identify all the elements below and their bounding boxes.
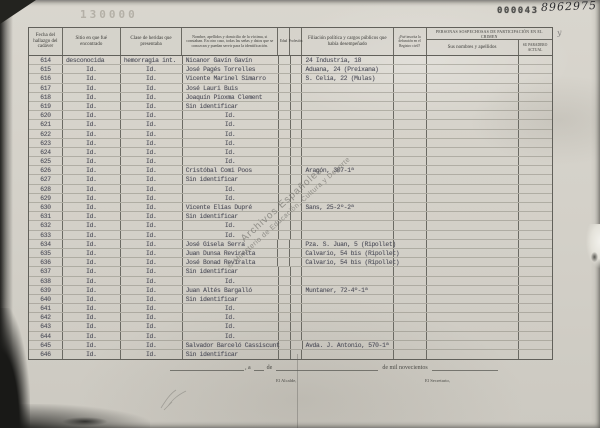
cell-num: 643 [29,322,63,330]
cell-clase: Id. [121,258,183,266]
cell-sp [519,130,552,138]
cell-fil: Muntaner, 72-4º-1ª [302,286,394,294]
cell-sn [427,286,519,294]
cell-sp [519,341,552,349]
cell-sitio: Id. [63,194,121,202]
cell-reg [394,185,427,193]
cell-sn [427,56,519,64]
cell-edad [279,185,291,193]
cell-sp [519,84,552,92]
cell-sn [427,350,519,359]
cell-sp [519,93,552,101]
cell-sitio: Id. [63,350,121,359]
cell-nombre: Id. [183,332,279,340]
header-sospechosas-nombres: Sus nombres y apellidos [427,40,519,55]
cell-fil [302,148,394,156]
cell-sp [519,111,552,119]
table-row: 616Id.Id.Vicente Marinel SimarroS. Celia… [29,74,552,83]
cell-sitio: Id. [63,139,121,147]
cell-edad [278,258,290,266]
cell-nombre: Id. [183,148,279,156]
cell-reg [394,249,427,257]
table-row: 644Id.Id.Id. [29,332,552,341]
cell-reg [394,175,427,183]
cell-clase: Id. [121,249,183,257]
cell-clase: Id. [121,350,183,359]
cell-prof [291,286,303,294]
cell-sitio: Id. [63,175,121,183]
table-row: 615Id.Id.José Pagés TorrellesAduana, 24 … [29,65,552,74]
cell-reg [394,240,427,248]
table-body: 614desconocidahemorragia int.Nicanor Gav… [29,56,552,359]
cell-edad [279,322,291,330]
cell-clase: Id. [121,313,183,321]
cell-prof [291,65,303,73]
cell-prof [291,203,303,211]
scanned-document: 130000 000043 8962975 y Fecha del hallaz… [0,0,600,428]
cell-clase: Id. [121,175,183,183]
cell-nombre: Id. [183,185,279,193]
cell-edad [279,120,291,128]
cell-clase: hemorragia int. [121,56,183,64]
cell-prof [291,166,303,174]
cell-sp [519,139,552,147]
tear-right-speck [591,252,598,262]
cell-num: 622 [29,130,63,138]
cell-num: 639 [29,286,63,294]
cell-sitio: Id. [63,295,121,303]
cell-sn [427,120,519,128]
cell-reg [394,120,427,128]
cell-fil: Calvario, 54 bis (Ripollet) [302,258,394,266]
cell-num: 617 [29,84,63,92]
cell-sn [427,65,519,73]
table-row: 624Id.Id.Id. [29,148,552,157]
cell-clase: Id. [121,286,183,294]
cell-sp [519,185,552,193]
cell-edad [279,157,291,165]
cell-sn [427,74,519,82]
cell-reg [394,148,427,156]
cell-edad [279,139,291,147]
cell-sitio: Id. [63,277,121,285]
cell-sp [519,231,552,239]
cell-clase: Id. [121,203,183,211]
cell-prof [291,74,303,82]
cell-num: 628 [29,185,63,193]
cell-reg [394,102,427,110]
cell-fil [302,102,394,110]
header-clase-heridas: Clase de heridas que presentaba [121,28,183,55]
cell-edad [279,166,291,174]
cell-sitio: Id. [63,267,121,275]
cell-sn [427,102,519,110]
handwritten-mark: y [556,28,562,38]
cell-reg [394,74,427,82]
cell-prof [291,93,303,101]
cell-sn [427,258,519,266]
cell-nombre: José Bonad Reviralta [183,258,279,266]
cell-sn [427,139,519,147]
cell-edad [279,313,291,321]
cell-reg [394,194,427,202]
cell-sp [519,203,552,211]
cell-prof [291,332,303,340]
cell-sp [519,304,552,312]
cell-sp [519,194,552,202]
cell-fil [302,84,394,92]
cell-sn [427,221,519,229]
table-row: 626Id.Id.Cristóbal Comi PoosAragón, 307-… [29,166,552,175]
cell-reg [394,212,427,220]
cell-nombre: Sin identificar [183,212,279,220]
cell-num: 641 [29,304,63,312]
cell-edad [279,148,291,156]
cell-sitio: Id. [63,130,121,138]
blank-line-day [254,364,264,371]
cell-sitio: Id. [63,166,121,174]
cell-edad [279,231,291,239]
cell-reg [394,286,427,294]
cell-num: 629 [29,194,63,202]
cell-fil [302,295,394,303]
cell-sn [427,166,519,174]
cell-nombre: Sin identificar [183,267,279,275]
table-row: 622Id.Id.Id. [29,130,552,139]
cell-fil [302,277,394,285]
header-fecha-hallazgo: Fecha del hallazgo del cadáver [29,28,63,55]
header-nombre-victima: Nombre, apellidos y domicilio de la víct… [182,28,278,55]
cell-sp [519,166,552,174]
cell-nombre: Id. [183,313,279,321]
cell-sn [427,304,519,312]
cell-reg [394,84,427,92]
cell-sitio: Id. [63,212,121,220]
cell-nombre: José Lauri Buis [183,84,279,92]
cell-sn [427,203,519,211]
cell-sitio: Id. [63,203,121,211]
cell-reg [394,203,427,211]
table-row: 623Id.Id.Id. [29,139,552,148]
cell-prof [291,148,303,156]
cell-clase: Id. [121,74,183,82]
cell-reg [394,313,427,321]
cell-reg [394,258,427,266]
cell-prof [291,102,303,110]
blank-line-year [432,364,498,371]
cell-clase: Id. [121,212,183,220]
footer-comma-a: , a [244,365,252,371]
cell-reg [394,304,427,312]
cell-prof [291,120,303,128]
cell-edad [279,212,291,220]
cell-edad [279,304,291,312]
cell-sitio: Id. [63,221,121,229]
cell-sp [519,350,552,359]
cell-num: 642 [29,313,63,321]
cell-nombre: José Pagés Torrelles [183,65,279,73]
table-row: 638Id.Id.Id. [29,277,552,286]
table-row: 646Id.Id.Sin identificar [29,350,552,359]
table-row: 621Id.Id.Id. [29,120,552,129]
cell-nombre: Id. [183,322,279,330]
cell-clase: Id. [121,304,183,312]
cell-fil: Avda. J. Antonio, 570-1ª [303,341,395,349]
cell-prof [290,249,302,257]
cell-prof [291,194,303,202]
cell-sitio: Id. [63,185,121,193]
cell-sp [519,175,552,183]
cell-sn [427,332,519,340]
cell-sitio: Id. [63,102,121,110]
faint-stamp-number: 130000 [80,8,138,21]
cell-num: 630 [29,203,63,211]
handwritten-number: 8962975 [541,0,597,14]
cell-reg [394,56,427,64]
cell-sitio: Id. [63,84,121,92]
cell-prof [291,221,303,229]
cell-fil [302,157,394,165]
cell-reg [394,93,427,101]
table-row: 636Id.Id.José Bonad ReviraltaCalvario, 5… [29,258,552,267]
cell-num: 626 [29,166,63,174]
cell-nombre: Sin identificar [183,175,279,183]
cell-reg [394,341,427,349]
cell-nombre: Vicente Marinel Simarro [183,74,279,82]
cell-num: 631 [29,212,63,220]
table-row: 640Id.Id.Sin identificar [29,295,552,304]
cell-prof [291,277,303,285]
cell-nombre: Id. [183,194,279,202]
cell-clase: Id. [121,120,183,128]
table-row: 643Id.Id.Id. [29,322,552,331]
cell-nombre: Salvador Barceló Cassiscunt [183,341,279,349]
table-row: 630Id.Id.Vicente Elías DupréSans, 25-2º-… [29,203,552,212]
cell-nombre: Id. [183,304,279,312]
cell-nombre: Sin identificar [183,350,279,359]
cell-sn [427,277,519,285]
cell-num: 615 [29,65,63,73]
header-registro-civil: ¿Fué inscrita la defunción en el Registr… [394,28,427,55]
cell-prof [291,157,303,165]
cell-reg [394,166,427,174]
cell-edad [279,93,291,101]
cell-nombre: Id. [183,111,279,119]
cell-reg [394,139,427,147]
cell-num: 621 [29,120,63,128]
cell-edad [278,249,290,257]
cell-edad [279,277,291,285]
header-sospechosas-paradero: SU PARADERO ACTUAL [519,40,552,55]
cell-reg [394,332,427,340]
cell-num: 620 [29,111,63,119]
cell-sp [519,267,552,275]
cell-fil [302,194,394,202]
cell-sn [427,84,519,92]
cell-prof [291,304,303,312]
cell-edad [279,267,291,275]
table-row: 634Id.Id.José Gisela SerraPza. S. Juan, … [29,240,552,249]
cell-num: 635 [29,249,63,257]
cell-num: 632 [29,221,63,229]
cell-sitio: Id. [63,65,121,73]
cell-nombre: Id. [183,221,279,229]
cell-clase: Id. [121,332,183,340]
cell-prof [291,175,303,183]
cell-edad [279,221,291,229]
cell-sitio: Id. [63,313,121,321]
table-row: 633Id.Id.Id. [29,231,552,240]
cell-reg [394,267,427,275]
cell-reg [394,221,427,229]
cell-clase: Id. [121,231,183,239]
cell-fil [302,322,394,330]
cell-reg [394,231,427,239]
cell-nombre: Juan Altés Bargalló [183,286,279,294]
cell-sn [427,212,519,220]
table-row: 617Id.Id.José Lauri Buis [29,84,552,93]
cell-sn [427,313,519,321]
cell-sitio: Id. [63,240,121,248]
footer-de: de [266,365,274,371]
registry-table: Fecha del hallazgo del cadáver Sitio en … [28,27,553,360]
cell-clase: Id. [121,322,183,330]
table-row: 619Id.Id.Sin identificar [29,102,552,111]
cell-reg [394,130,427,138]
cell-edad [279,341,291,349]
cell-num: 627 [29,175,63,183]
cell-edad [279,56,291,64]
cell-edad [279,332,291,340]
cell-nombre: Nicanor Gavín Gavín [183,56,279,64]
cell-clase: Id. [121,84,183,92]
cell-sitio: Id. [63,231,121,239]
cell-sitio: Id. [63,249,121,257]
table-row: 641Id.Id.Id. [29,304,552,313]
cell-sp [519,286,552,294]
cell-prof [291,111,303,119]
blank-line-month [276,364,378,371]
cell-sn [427,194,519,202]
cell-clase: Id. [121,166,183,174]
cell-edad [279,74,291,82]
cell-fil [302,111,394,119]
cell-fil: Aduana, 24 (Preixana) [302,65,394,73]
header-filiacion-politica: Filiación política y cargos públicos que… [302,28,394,55]
cell-reg [394,65,427,73]
cell-fil: Calvario, 54 bis (Ripollet) [302,249,394,257]
cell-clase: Id. [121,221,183,229]
cell-nombre: Id. [183,231,279,239]
cell-sitio: Id. [63,93,121,101]
footer-alcalde: El Alcalde, [276,378,296,383]
cell-sp [519,148,552,156]
cell-sp [519,295,552,303]
table-row: 614desconocidahemorragia int.Nicanor Gav… [29,56,552,65]
cell-clase: Id. [121,267,183,275]
cell-edad [279,84,291,92]
cell-edad [279,130,291,138]
cell-prof [290,258,302,266]
cell-clase: Id. [121,240,183,248]
cell-fil: Aragón, 307-1ª [302,166,394,174]
cell-sn [427,111,519,119]
cell-prof [291,84,303,92]
cell-sitio: Id. [63,111,121,119]
cell-fil [302,212,394,220]
cell-reg [394,277,427,285]
cell-sn [427,249,519,257]
cell-sitio: Id. [63,120,121,128]
header-profesion: Profesión [290,28,302,55]
cell-fil [302,120,394,128]
cell-edad [278,240,290,248]
cell-reg [394,111,427,119]
cell-sp [519,65,552,73]
cell-sp [519,332,552,340]
cell-num: 644 [29,332,63,340]
table-row: 620Id.Id.Id. [29,111,552,120]
cell-num: 646 [29,350,63,359]
cell-nombre: Id. [183,130,279,138]
footer-secretario: El Secretario, [425,378,450,383]
table-row: 635Id.Id.Juan Dunsa ReviraltaCalvario, 5… [29,249,552,258]
cell-reg [394,295,427,303]
cell-sn [427,93,519,101]
cell-sitio: Id. [63,304,121,312]
table-row: 627Id.Id.Sin identificar [29,175,552,184]
cell-sitio: Id. [63,341,121,349]
torn-corner-top-left [0,0,36,24]
cell-clase: Id. [121,157,183,165]
cell-num: 616 [29,74,63,82]
cell-nombre: Id. [183,139,279,147]
cell-reg [394,157,427,165]
cell-fil [302,313,394,321]
cell-sitio: desconocida [63,56,121,64]
cell-sp [519,56,552,64]
cell-fil: Sans, 25-2º-2ª [302,203,394,211]
cell-sp [519,258,552,266]
cell-edad [279,203,291,211]
cell-sitio: Id. [63,148,121,156]
cell-clase: Id. [121,194,183,202]
cell-clase: Id. [121,185,183,193]
cell-sitio: Id. [63,286,121,294]
cell-fil: Pza. S. Juan, 5 (Ripollet) [302,240,394,248]
cell-prof [291,130,303,138]
cell-nombre: Id. [183,277,279,285]
cell-fil [302,231,394,239]
cell-prof [291,139,303,147]
cell-sn [427,240,519,248]
table-row: 645Id.Id.Salvador Barceló CassiscuntAvda… [29,341,552,350]
cell-num: 638 [29,277,63,285]
cell-sn [427,175,519,183]
cell-edad [279,286,291,294]
cell-num: 633 [29,231,63,239]
cell-num: 640 [29,295,63,303]
cell-prof [291,341,303,349]
cell-fil [302,221,394,229]
cell-nombre: Joaquín Pioxma Clement [183,93,279,101]
table-header-row: Fecha del hallazgo del cadáver Sitio en … [29,28,552,56]
cell-sp [519,277,552,285]
cell-sp [519,322,552,330]
header-group-sospechosas: PERSONAS SOSPECHOSAS DE PARTICIPACIÓN EN… [427,28,552,55]
cell-fil: S. Celia, 22 (Mulas) [302,74,394,82]
cell-prof [291,295,303,303]
